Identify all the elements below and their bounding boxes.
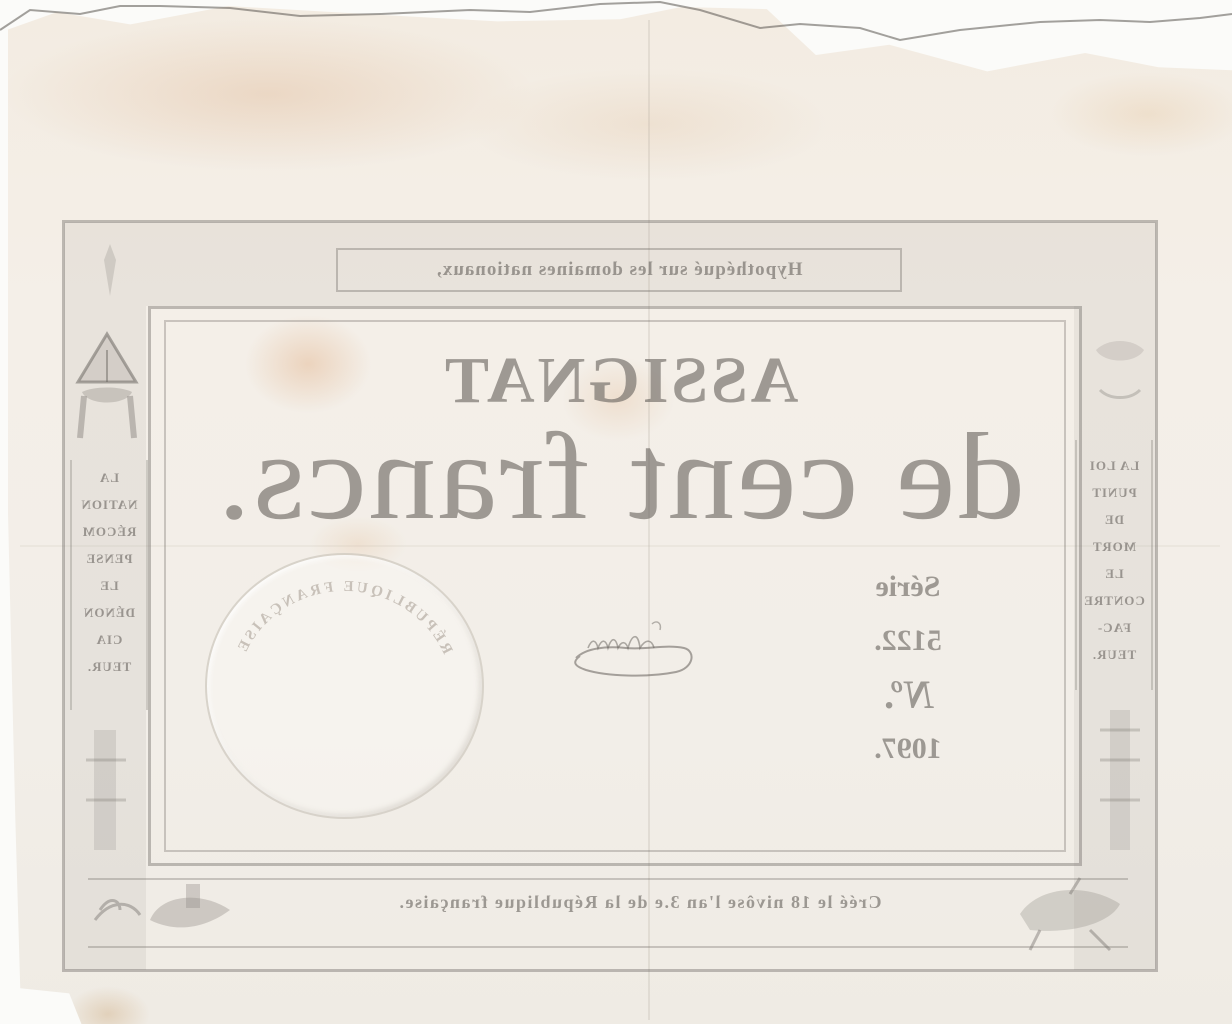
left-column-line: NATION xyxy=(72,491,146,518)
title-text: ASSIGNAT xyxy=(442,348,799,414)
number-label: Nº. xyxy=(858,668,958,722)
right-column-line: CONTRE xyxy=(1077,587,1151,614)
laurel-rooster-icon xyxy=(90,880,240,950)
rooster-icon xyxy=(1010,874,1140,954)
torch-ornament-icon xyxy=(90,240,130,300)
left-column-line: CIA xyxy=(72,626,146,653)
right-column-text: LA LOI PUNIT DE MORT LE CONTRE FAC- TEUR… xyxy=(1075,440,1153,690)
fasces-ornament-icon xyxy=(1090,700,1150,860)
top-banner: Hypothéqué sur les domaines nationaux, xyxy=(336,248,902,292)
bottom-banner xyxy=(88,878,1128,948)
left-column-line: PENSE xyxy=(72,545,146,572)
seal-text: RÉPUBLIQUE FRANÇAISE xyxy=(234,579,455,657)
left-column-line: TEUR. xyxy=(72,653,146,680)
left-column-text: LA NATION RÉCOM PENSE LE DÉNON CIA TEUR. xyxy=(70,460,148,710)
serie-number: 5122. xyxy=(858,614,958,668)
number-value: 1097. xyxy=(858,722,958,776)
pyramid-triangle-icon xyxy=(74,330,140,440)
bottom-banner-text: Créé le 18 nivôse l'an 3.e de la Républi… xyxy=(260,892,1020,913)
left-column-line: RÉCOM xyxy=(72,518,146,545)
top-banner-text: Hypothéqué sur les domaines nationaux, xyxy=(436,259,803,281)
denomination: de cent francs. xyxy=(156,412,1085,542)
left-column-line: LA xyxy=(72,464,146,491)
creation-date-text: Créé le 18 nivôse l'an 3.e de la Républi… xyxy=(398,892,881,913)
right-column-line: MORT xyxy=(1077,533,1151,560)
serie-label: Série xyxy=(858,560,958,614)
title: ASSIGNAT xyxy=(390,348,850,414)
right-column-line: LA LOI xyxy=(1077,452,1151,479)
right-column-line: FAC- xyxy=(1077,614,1151,641)
svg-text:RÉPUBLIQUE FRANÇAISE: RÉPUBLIQUE FRANÇAISE xyxy=(234,579,455,657)
left-column-line: DÉNON xyxy=(72,599,146,626)
drapery-garland-icon xyxy=(1090,330,1150,430)
signature-icon xyxy=(566,618,706,688)
embossed-seal-icon: RÉPUBLIQUE FRANÇAISE xyxy=(205,553,484,819)
left-column-line: LE xyxy=(72,572,146,599)
fasces-ornament-left-icon xyxy=(76,720,136,860)
right-column-line: DE xyxy=(1077,506,1151,533)
right-column-line: TEUR. xyxy=(1077,641,1151,668)
right-column-line: LE xyxy=(1077,560,1151,587)
right-column-line: PUNIT xyxy=(1077,479,1151,506)
serial-block: Série 5122. Nº. 1097. xyxy=(858,560,958,776)
